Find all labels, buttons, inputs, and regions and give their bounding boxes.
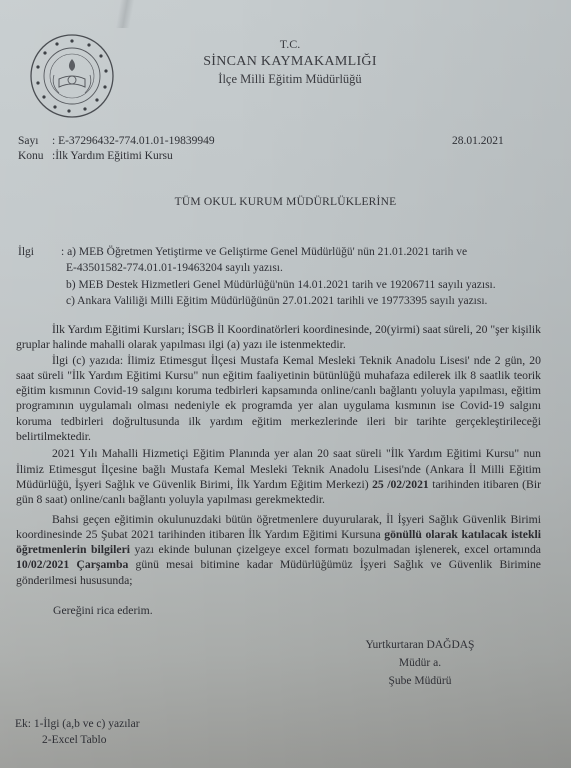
signature-block: Yurtkurtaran DAĞDAŞ Müdür a. Şube Müdürü [340, 636, 500, 690]
meb-seal-icon [29, 33, 115, 119]
recipient-heading: TÜM OKUL KURUM MÜDÜRLÜKLERİNE [0, 196, 571, 208]
paragraph-4-deadline: 10/02/2021 Çarşamba [16, 558, 128, 571]
document-date: 28.01.2021 [452, 135, 504, 147]
konu-row: Konu:İlk Yardım Eğitimi Kursu [18, 150, 173, 162]
ilgi-label: İlgi [18, 246, 34, 258]
konu-value: :İlk Yardım Eğitimi Kursu [52, 150, 173, 162]
signature-title-2: Şube Müdürü [340, 672, 500, 690]
paragraph-4: Bahsi geçen eğitimin okulunuzdaki bütün … [16, 512, 541, 588]
attachment-2: 2-Excel Tablo [42, 732, 106, 749]
sayi-value: : E-37296432-774.01.01-19839949 [52, 135, 215, 147]
ilgi-item-a: : a) MEB Öğretmen Yetiştirme ve Geliştir… [61, 246, 467, 258]
konu-label: Konu [18, 150, 52, 162]
header-mudurluk: İlçe Milli Eğitim Müdürlüğü [190, 72, 390, 87]
signature-title-1: Müdür a. [340, 654, 500, 672]
attachment-1: Ek: 1-İlgi (a,b ve c) yazılar [15, 716, 140, 733]
paragraph-3-date: 25 /02/2021 [372, 478, 429, 491]
body-text: İlk Yardım Eğitimi Kursları; İSGB İl Koo… [16, 322, 541, 588]
document-page: T.C. SİNCAN KAYMAKAMLIĞI İlçe Milli Eğit… [0, 0, 571, 768]
paragraph-1: İlk Yardım Eğitimi Kursları; İSGB İl Koo… [16, 322, 541, 353]
paragraph-3: 2021 Yılı Mahalli Hizmetiçi Eğitim Planı… [16, 446, 541, 507]
sayi-label: Sayı [18, 135, 52, 147]
paragraph-4-b: yazı ekinde bulunan çizelgeye excel form… [130, 543, 541, 556]
sayi-row: Sayı: E-37296432-774.01.01-19839949 [18, 135, 215, 147]
ilgi-item-b: b) MEB Destek Hizmetleri Genel Müdürlüğü… [66, 279, 496, 291]
header-kaymakamlik: SİNCAN KAYMAKAMLIĞI [190, 54, 390, 70]
signature-name: Yurtkurtaran DAĞDAŞ [340, 636, 500, 654]
closing-line: Gereğini rica ederim. [53, 604, 153, 617]
paper-crease [116, 0, 135, 28]
ilgi-item-a-cont: E-43501582-774.01.01-19463204 sayılı yaz… [66, 262, 283, 274]
header-tc: T.C. [190, 37, 390, 52]
ilgi-item-c: c) Ankara Valiliği Milli Eğitim Müdürlüğ… [66, 295, 487, 307]
paragraph-2: İlgi (c) yazıda: İlimiz Etimesgut İlçesi… [16, 353, 541, 445]
